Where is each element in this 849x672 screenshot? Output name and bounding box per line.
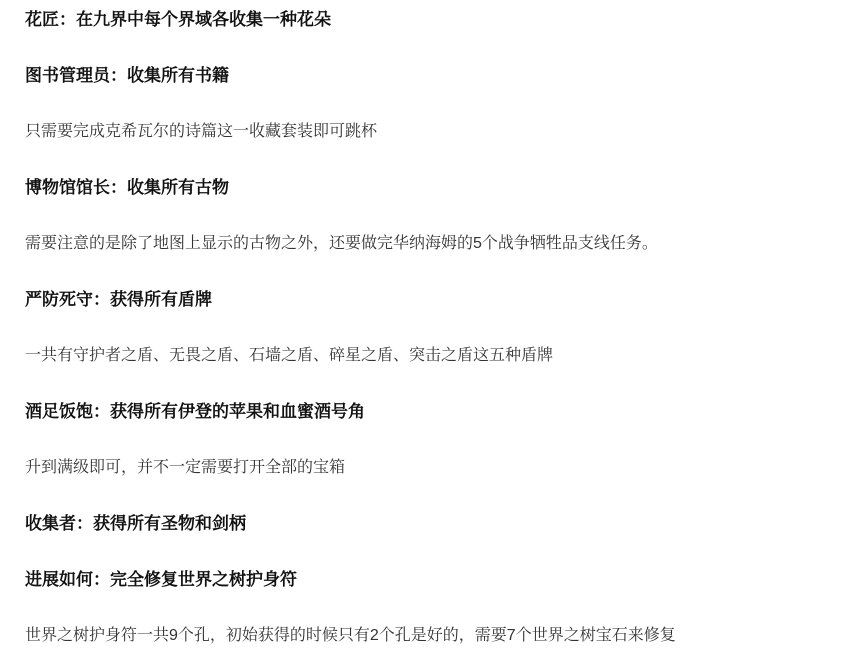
note-shields: 一共有守护者之盾、无畏之盾、石墙之盾、碎星之盾、突击之盾这五种盾牌 — [25, 346, 829, 366]
note-librarian: 只需要完成克希瓦尔的诗篇这一收藏套装即可跳杯 — [25, 122, 829, 142]
note-curator: 需要注意的是除了地图上显示的古物之外，还要做完华纳海姆的5个战争牺牲品支线任务。 — [25, 234, 829, 254]
guide-article: 花匠：在九界中每个界域各收集一种花朵 图书管理员：收集所有书籍 只需要完成克希瓦… — [0, 0, 849, 672]
note-feast: 升到满级即可，并不一定需要打开全部的宝箱 — [25, 458, 829, 478]
heading-shields: 严防死守：获得所有盾牌 — [25, 290, 829, 310]
heading-gardener: 花匠：在九界中每个界域各收集一种花朵 — [25, 10, 829, 30]
heading-collector: 收集者：获得所有圣物和剑柄 — [25, 514, 829, 534]
heading-librarian: 图书管理员：收集所有书籍 — [25, 66, 829, 86]
heading-amulet: 进展如何：完全修复世界之树护身符 — [25, 570, 829, 590]
note-amulet: 世界之树护身符一共9个孔，初始获得的时候只有2个孔是好的，需要7个世界之树宝石来… — [25, 626, 829, 646]
heading-curator: 博物馆馆长：收集所有古物 — [25, 178, 829, 198]
heading-feast: 酒足饭饱：获得所有伊登的苹果和血蜜酒号角 — [25, 402, 829, 422]
